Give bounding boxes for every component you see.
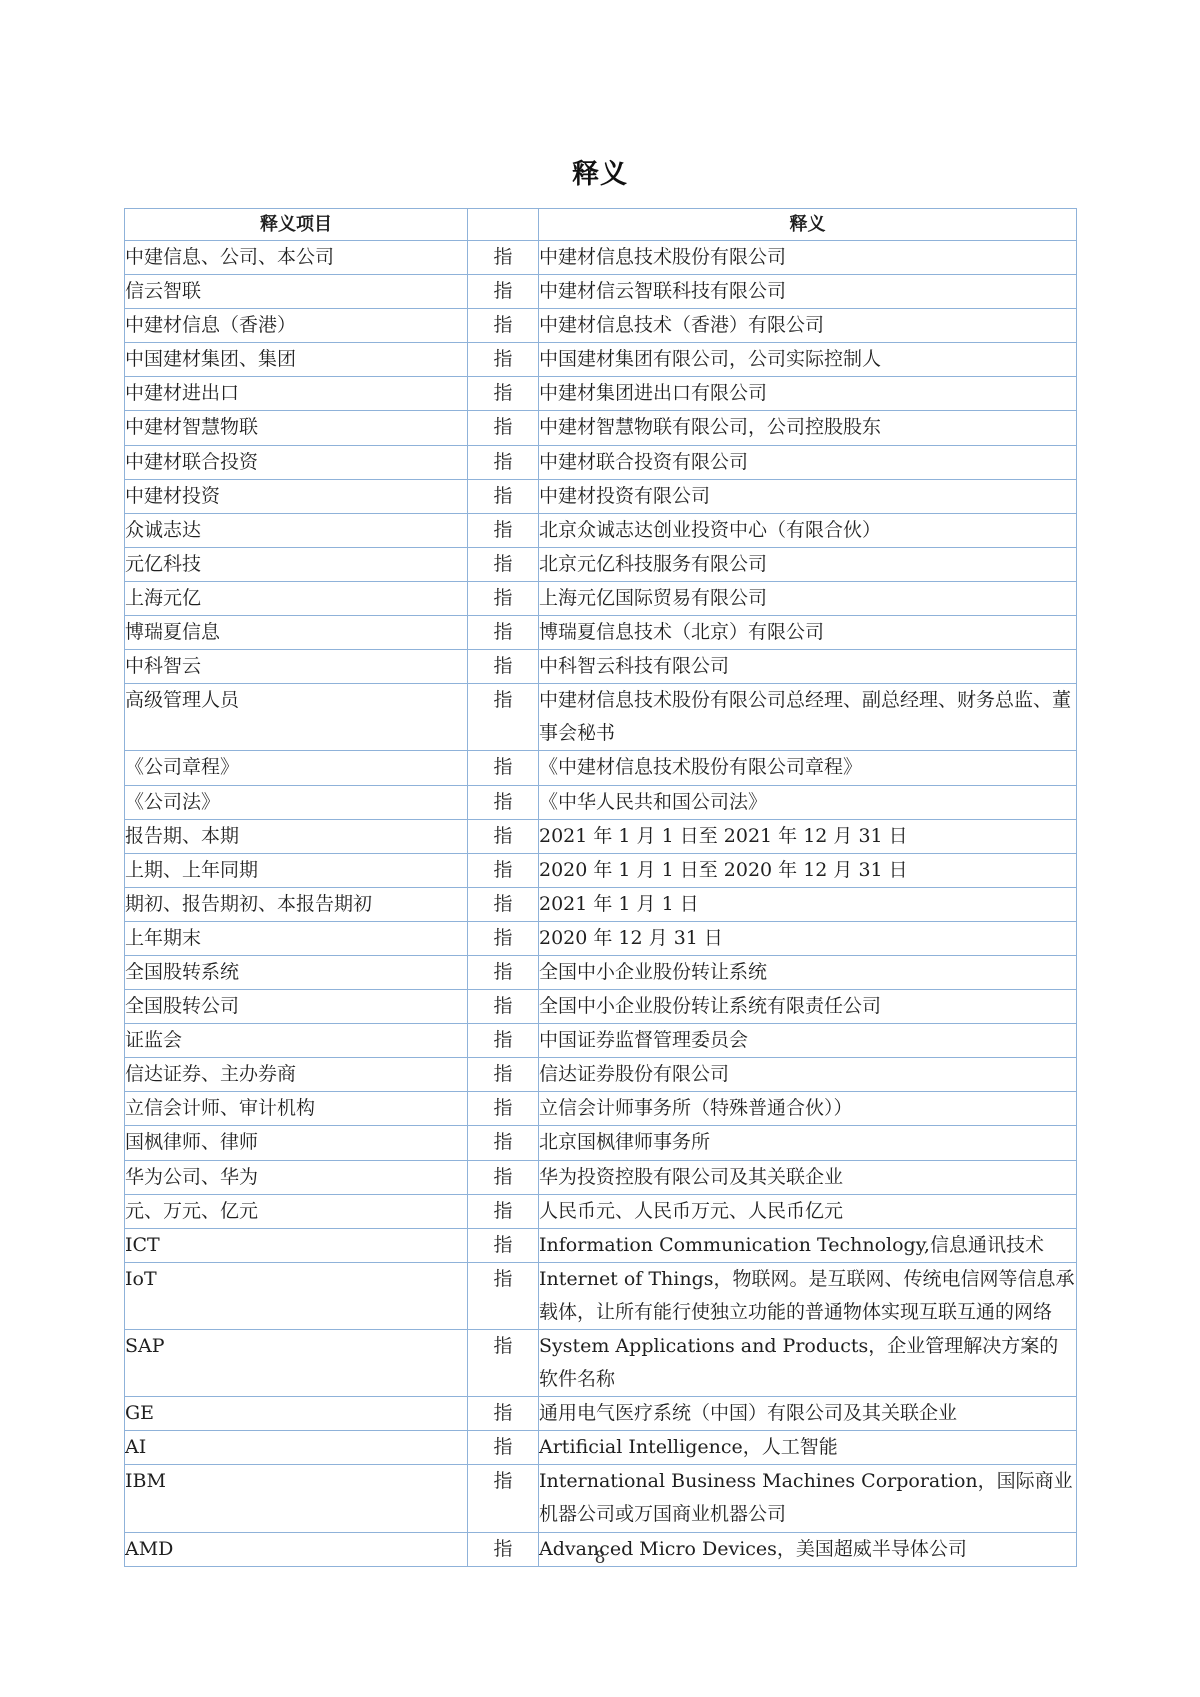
row-term: 立信会计师、审计机构 <box>125 1092 468 1126</box>
row-term: 全国股转系统 <box>125 955 468 989</box>
row-ref: 指 <box>468 241 539 275</box>
row-ref: 指 <box>468 887 539 921</box>
row-ref: 指 <box>468 275 539 309</box>
row-ref: 指 <box>468 411 539 445</box>
row-definition: 中建材信云智联科技有限公司 <box>539 275 1077 309</box>
row-definition: 上海元亿国际贸易有限公司 <box>539 581 1077 615</box>
row-term: 中国建材集团、集团 <box>125 343 468 377</box>
row-definition: 北京国枫律师事务所 <box>539 1126 1077 1160</box>
row-term: 上期、上年同期 <box>125 853 468 887</box>
row-definition: 人民币元、人民币万元、人民币亿元 <box>539 1194 1077 1228</box>
row-ref: 指 <box>468 1058 539 1092</box>
table-row: 信达证券、主办券商指信达证券股份有限公司 <box>125 1058 1077 1092</box>
row-definition: 2020 年 12 月 31 日 <box>539 921 1077 955</box>
row-ref: 指 <box>468 377 539 411</box>
row-term: 中科智云 <box>125 650 468 684</box>
row-definition: 信达证券股份有限公司 <box>539 1058 1077 1092</box>
row-term: 上年期末 <box>125 921 468 955</box>
row-definition: 中建材信息技术股份有限公司总经理、副总经理、财务总监、董事会秘书 <box>539 684 1077 751</box>
row-term: SAP <box>125 1330 468 1397</box>
table-row: 全国股转系统指全国中小企业股份转让系统 <box>125 955 1077 989</box>
row-ref: 指 <box>468 1126 539 1160</box>
row-ref: 指 <box>468 1024 539 1058</box>
page-title: 释义 <box>0 158 1200 192</box>
table-row: AI指Artificial Intelligence，人工智能 <box>125 1431 1077 1465</box>
row-definition: System Applications and Products，企业管理解决方… <box>539 1330 1077 1397</box>
table-row: SAP指System Applications and Products，企业管… <box>125 1330 1077 1397</box>
row-ref: 指 <box>468 343 539 377</box>
row-ref: 指 <box>468 751 539 785</box>
table-row: 元、万元、亿元指人民币元、人民币万元、人民币亿元 <box>125 1194 1077 1228</box>
row-definition: 华为投资控股有限公司及其关联企业 <box>539 1160 1077 1194</box>
table-row: 全国股转公司指全国中小企业股份转让系统有限责任公司 <box>125 990 1077 1024</box>
header-ref <box>468 209 539 241</box>
row-definition: 中建材集团进出口有限公司 <box>539 377 1077 411</box>
table-row: 中国建材集团、集团指中国建材集团有限公司，公司实际控制人 <box>125 343 1077 377</box>
row-term: 《公司法》 <box>125 785 468 819</box>
row-term: 报告期、本期 <box>125 819 468 853</box>
row-definition: Artificial Intelligence，人工智能 <box>539 1431 1077 1465</box>
row-term: 华为公司、华为 <box>125 1160 468 1194</box>
row-term: 众诚志达 <box>125 513 468 547</box>
row-definition: 全国中小企业股份转让系统有限责任公司 <box>539 990 1077 1024</box>
row-ref: 指 <box>468 853 539 887</box>
row-term: 元、万元、亿元 <box>125 1194 468 1228</box>
table-row: 中建材联合投资指中建材联合投资有限公司 <box>125 445 1077 479</box>
table-row: 证监会指中国证券监督管理委员会 <box>125 1024 1077 1058</box>
row-ref: 指 <box>468 445 539 479</box>
row-definition: International Business Machines Corporat… <box>539 1465 1077 1532</box>
table-row: 报告期、本期指2021 年 1 月 1 日至 2021 年 12 月 31 日 <box>125 819 1077 853</box>
page-number: 8 <box>0 1548 1200 1568</box>
row-definition: Internet of Things，物联网。是互联网、传统电信网等信息承载体，… <box>539 1262 1077 1329</box>
row-term: GE <box>125 1397 468 1431</box>
row-ref: 指 <box>468 1465 539 1532</box>
row-term: 信云智联 <box>125 275 468 309</box>
row-ref: 指 <box>468 616 539 650</box>
row-definition: 中建材投资有限公司 <box>539 479 1077 513</box>
row-definition: 北京元亿科技服务有限公司 <box>539 547 1077 581</box>
row-definition: 通用电气医疗系统（中国）有限公司及其关联企业 <box>539 1397 1077 1431</box>
row-term: 中建材联合投资 <box>125 445 468 479</box>
table-row: 上海元亿指上海元亿国际贸易有限公司 <box>125 581 1077 615</box>
table-row: 高级管理人员指中建材信息技术股份有限公司总经理、副总经理、财务总监、董事会秘书 <box>125 684 1077 751</box>
row-term: IoT <box>125 1262 468 1329</box>
row-term: 中建材智慧物联 <box>125 411 468 445</box>
row-term: 元亿科技 <box>125 547 468 581</box>
row-term: 中建信息、公司、本公司 <box>125 241 468 275</box>
table-row: 上年期末指2020 年 12 月 31 日 <box>125 921 1077 955</box>
row-definition: 中建材智慧物联有限公司，公司控股股东 <box>539 411 1077 445</box>
row-ref: 指 <box>468 581 539 615</box>
table-row: 中建材进出口指中建材集团进出口有限公司 <box>125 377 1077 411</box>
row-definition: 《中建材信息技术股份有限公司章程》 <box>539 751 1077 785</box>
table-header-row: 释义项目 释义 <box>125 209 1077 241</box>
table-row: 上期、上年同期指2020 年 1 月 1 日至 2020 年 12 月 31 日 <box>125 853 1077 887</box>
row-definition: 博瑞夏信息技术（北京）有限公司 <box>539 616 1077 650</box>
header-definition: 释义 <box>539 209 1077 241</box>
row-definition: 2021 年 1 月 1 日至 2021 年 12 月 31 日 <box>539 819 1077 853</box>
row-definition: 中国建材集团有限公司，公司实际控制人 <box>539 343 1077 377</box>
table-row: ICT指Information Communication Technology… <box>125 1228 1077 1262</box>
table-row: 中建信息、公司、本公司指中建材信息技术股份有限公司 <box>125 241 1077 275</box>
row-ref: 指 <box>468 819 539 853</box>
row-definition: 中国证券监督管理委员会 <box>539 1024 1077 1058</box>
row-ref: 指 <box>468 1228 539 1262</box>
row-term: 中建材投资 <box>125 479 468 513</box>
row-ref: 指 <box>468 309 539 343</box>
row-ref: 指 <box>468 1431 539 1465</box>
table-row: 元亿科技指北京元亿科技服务有限公司 <box>125 547 1077 581</box>
row-definition: 全国中小企业股份转让系统 <box>539 955 1077 989</box>
table-row: 博瑞夏信息指博瑞夏信息技术（北京）有限公司 <box>125 616 1077 650</box>
row-term: 国枫律师、律师 <box>125 1126 468 1160</box>
row-term: 高级管理人员 <box>125 684 468 751</box>
row-ref: 指 <box>468 1262 539 1329</box>
row-definition: 立信会计师事务所（特殊普通合伙）） <box>539 1092 1077 1126</box>
row-ref: 指 <box>468 1092 539 1126</box>
row-ref: 指 <box>468 1160 539 1194</box>
row-term: 期初、报告期初、本报告期初 <box>125 887 468 921</box>
row-definition: 中建材信息技术（香港）有限公司 <box>539 309 1077 343</box>
table-row: 期初、报告期初、本报告期初指2021 年 1 月 1 日 <box>125 887 1077 921</box>
row-ref: 指 <box>468 1397 539 1431</box>
glossary-table: 释义项目 释义 中建信息、公司、本公司指中建材信息技术股份有限公司信云智联指中建… <box>124 208 1077 1567</box>
table-row: 中建材智慧物联指中建材智慧物联有限公司，公司控股股东 <box>125 411 1077 445</box>
row-ref: 指 <box>468 513 539 547</box>
table-row: 《公司法》指《中华人民共和国公司法》 <box>125 785 1077 819</box>
table-row: 《公司章程》指《中建材信息技术股份有限公司章程》 <box>125 751 1077 785</box>
row-ref: 指 <box>468 990 539 1024</box>
row-term: ICT <box>125 1228 468 1262</box>
row-ref: 指 <box>468 1330 539 1397</box>
row-ref: 指 <box>468 684 539 751</box>
row-ref: 指 <box>468 479 539 513</box>
row-term: 上海元亿 <box>125 581 468 615</box>
row-term: 信达证券、主办券商 <box>125 1058 468 1092</box>
table-row: 国枫律师、律师指北京国枫律师事务所 <box>125 1126 1077 1160</box>
row-definition: 《中华人民共和国公司法》 <box>539 785 1077 819</box>
row-ref: 指 <box>468 785 539 819</box>
table-row: GE指通用电气医疗系统（中国）有限公司及其关联企业 <box>125 1397 1077 1431</box>
table-row: 华为公司、华为指华为投资控股有限公司及其关联企业 <box>125 1160 1077 1194</box>
glossary-body: 中建信息、公司、本公司指中建材信息技术股份有限公司信云智联指中建材信云智联科技有… <box>125 241 1077 1567</box>
row-term: 《公司章程》 <box>125 751 468 785</box>
table-row: 中科智云指中科智云科技有限公司 <box>125 650 1077 684</box>
row-definition: 2020 年 1 月 1 日至 2020 年 12 月 31 日 <box>539 853 1077 887</box>
row-term: 中建材进出口 <box>125 377 468 411</box>
row-definition: 中建材联合投资有限公司 <box>539 445 1077 479</box>
table-row: 中建材信息（香港）指中建材信息技术（香港）有限公司 <box>125 309 1077 343</box>
table-row: 中建材投资指中建材投资有限公司 <box>125 479 1077 513</box>
row-term: AI <box>125 1431 468 1465</box>
row-ref: 指 <box>468 1194 539 1228</box>
table-row: 众诚志达指北京众诚志达创业投资中心（有限合伙） <box>125 513 1077 547</box>
row-term: 证监会 <box>125 1024 468 1058</box>
row-definition: 北京众诚志达创业投资中心（有限合伙） <box>539 513 1077 547</box>
table-row: 信云智联指中建材信云智联科技有限公司 <box>125 275 1077 309</box>
row-definition: Information Communication Technology,信息通… <box>539 1228 1077 1262</box>
row-definition: 2021 年 1 月 1 日 <box>539 887 1077 921</box>
row-definition: 中建材信息技术股份有限公司 <box>539 241 1077 275</box>
row-ref: 指 <box>468 650 539 684</box>
row-term: 中建材信息（香港） <box>125 309 468 343</box>
row-ref: 指 <box>468 955 539 989</box>
table-row: 立信会计师、审计机构指立信会计师事务所（特殊普通合伙）） <box>125 1092 1077 1126</box>
header-term: 释义项目 <box>125 209 468 241</box>
table-row: IBM指International Business Machines Corp… <box>125 1465 1077 1532</box>
row-ref: 指 <box>468 547 539 581</box>
row-term: 全国股转公司 <box>125 990 468 1024</box>
row-term: 博瑞夏信息 <box>125 616 468 650</box>
row-ref: 指 <box>468 921 539 955</box>
row-definition: 中科智云科技有限公司 <box>539 650 1077 684</box>
row-term: IBM <box>125 1465 468 1532</box>
table-row: IoT指Internet of Things，物联网。是互联网、传统电信网等信息… <box>125 1262 1077 1329</box>
